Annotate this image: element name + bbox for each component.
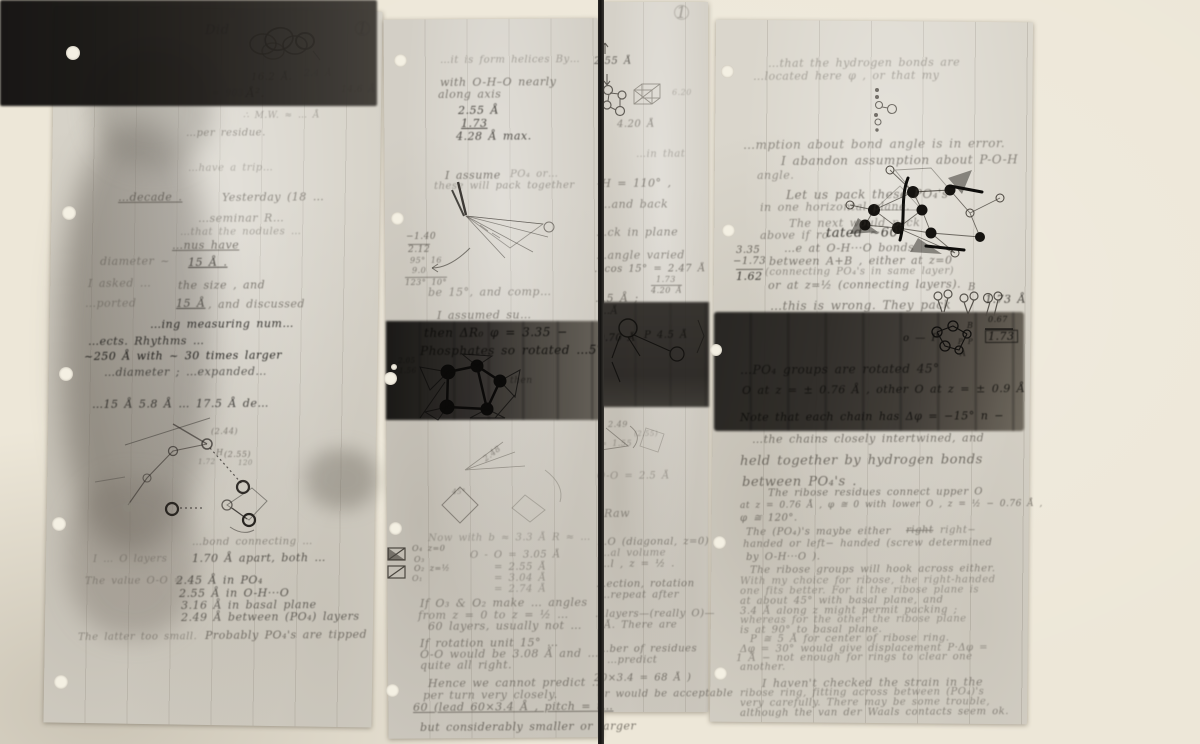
diamond-sketch-page2 [430,430,565,530]
chain-sketch-page4 [866,82,896,134]
photographed-notebook-pages: Did116.2 Å.= 903Å².2.4 Å14.6 Å∴ M.W. ≈ …… [0,0,1200,744]
legend-squares-page2 [386,545,416,585]
phosphate-cluster-sketch-band2 [410,352,540,422]
exposure-band-left [0,0,377,106]
geometry-sketch-page2 [420,175,565,275]
cube-sketch-strip [632,82,670,110]
photo-seam-line [598,0,604,744]
ring-sketch-band3 [600,308,710,388]
mini-diagram-band4 [925,316,1020,360]
tetrahedra-network-sketch-page4 [830,158,1015,270]
blur-smudge [305,448,378,509]
triangle-sketch-strip [598,418,668,460]
notebook-page-1 [43,6,382,727]
phosphate-network-sketch-page1 [90,405,290,545]
